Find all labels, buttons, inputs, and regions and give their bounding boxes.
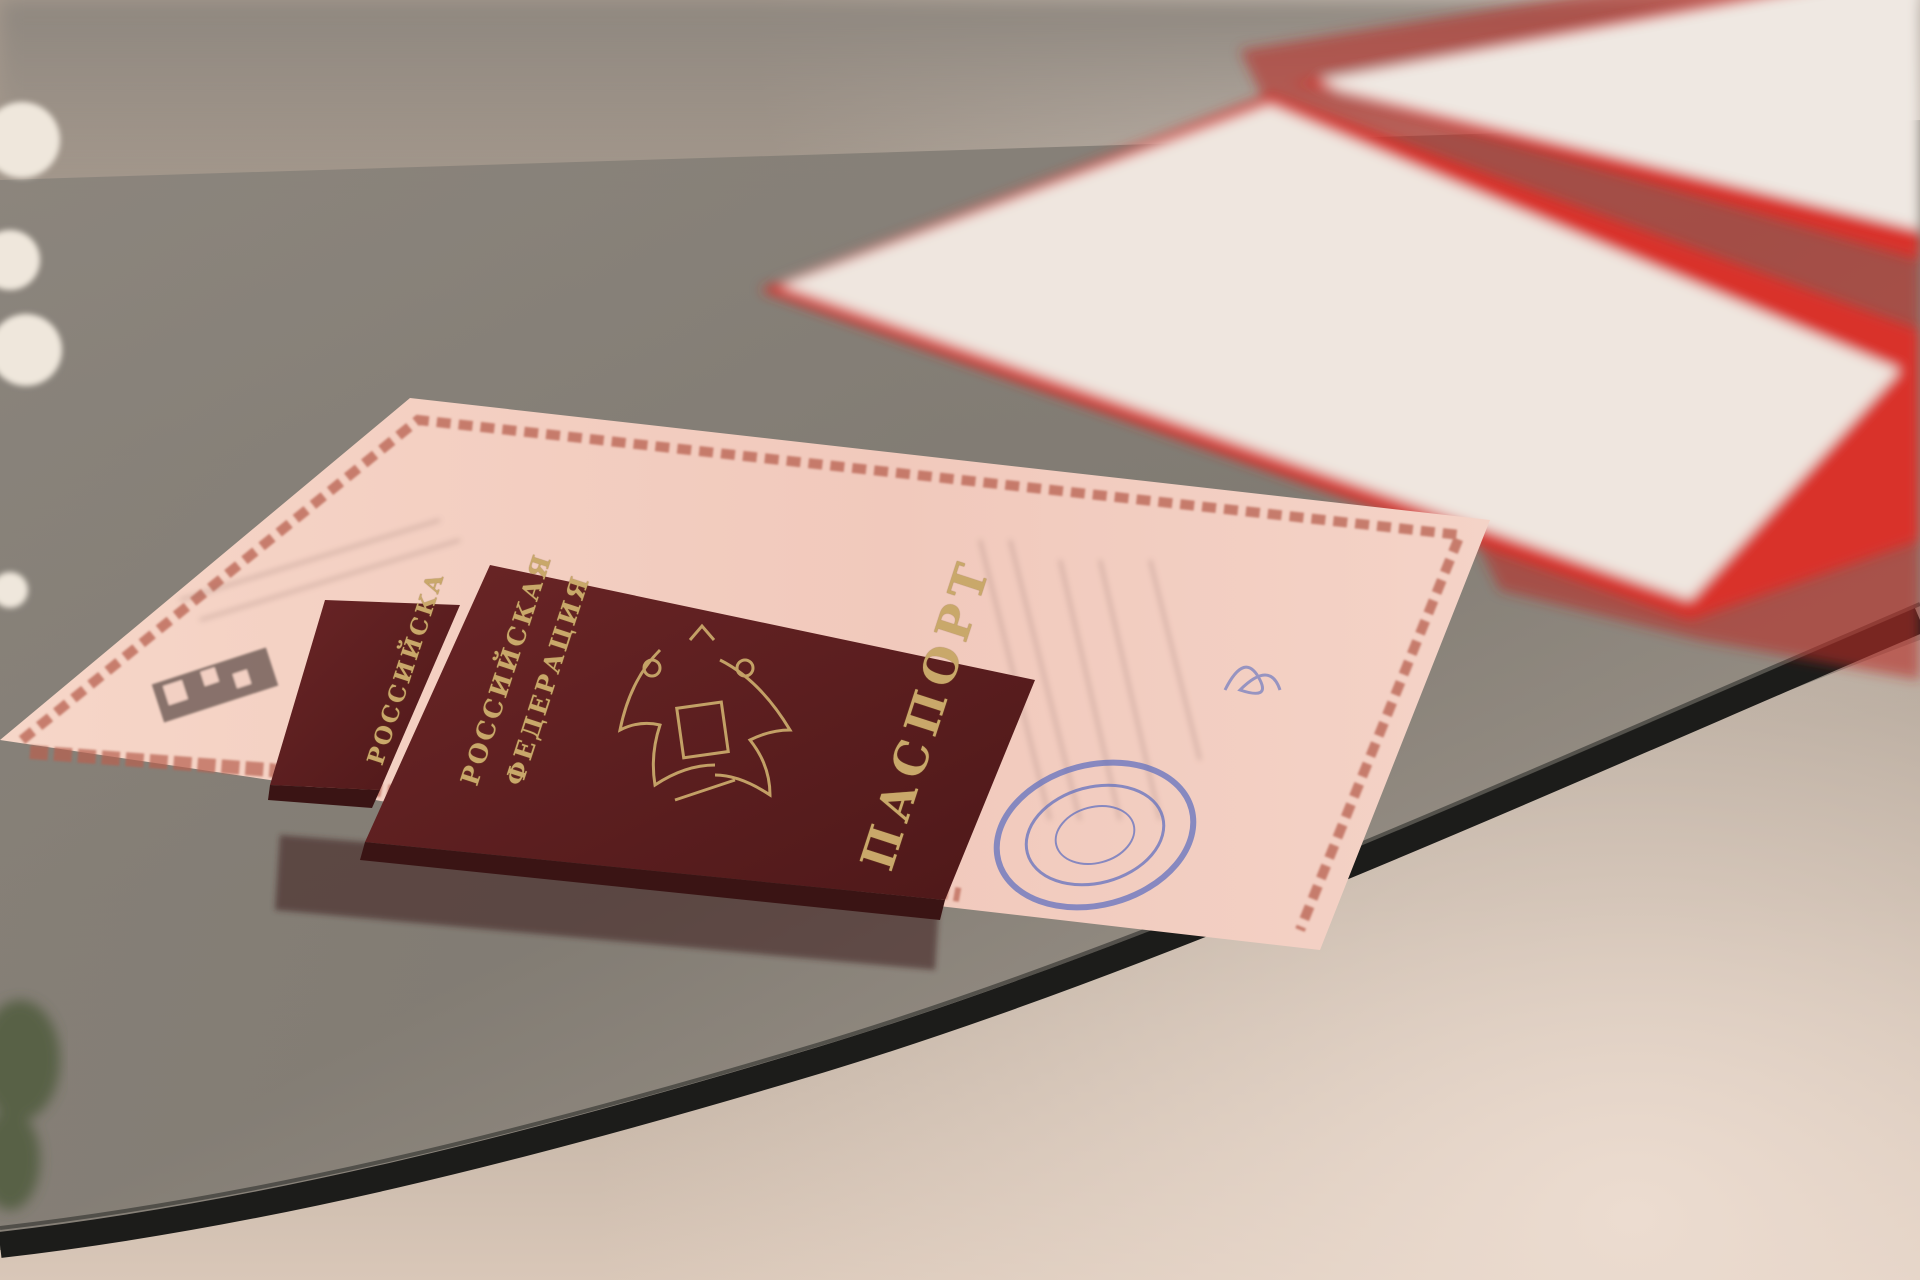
photo-scene: РОССИЙСКА РОССИЙСКАЯ ФЕДЕРАЦИЯ ПАСПОРТ xyxy=(0,0,1920,1280)
